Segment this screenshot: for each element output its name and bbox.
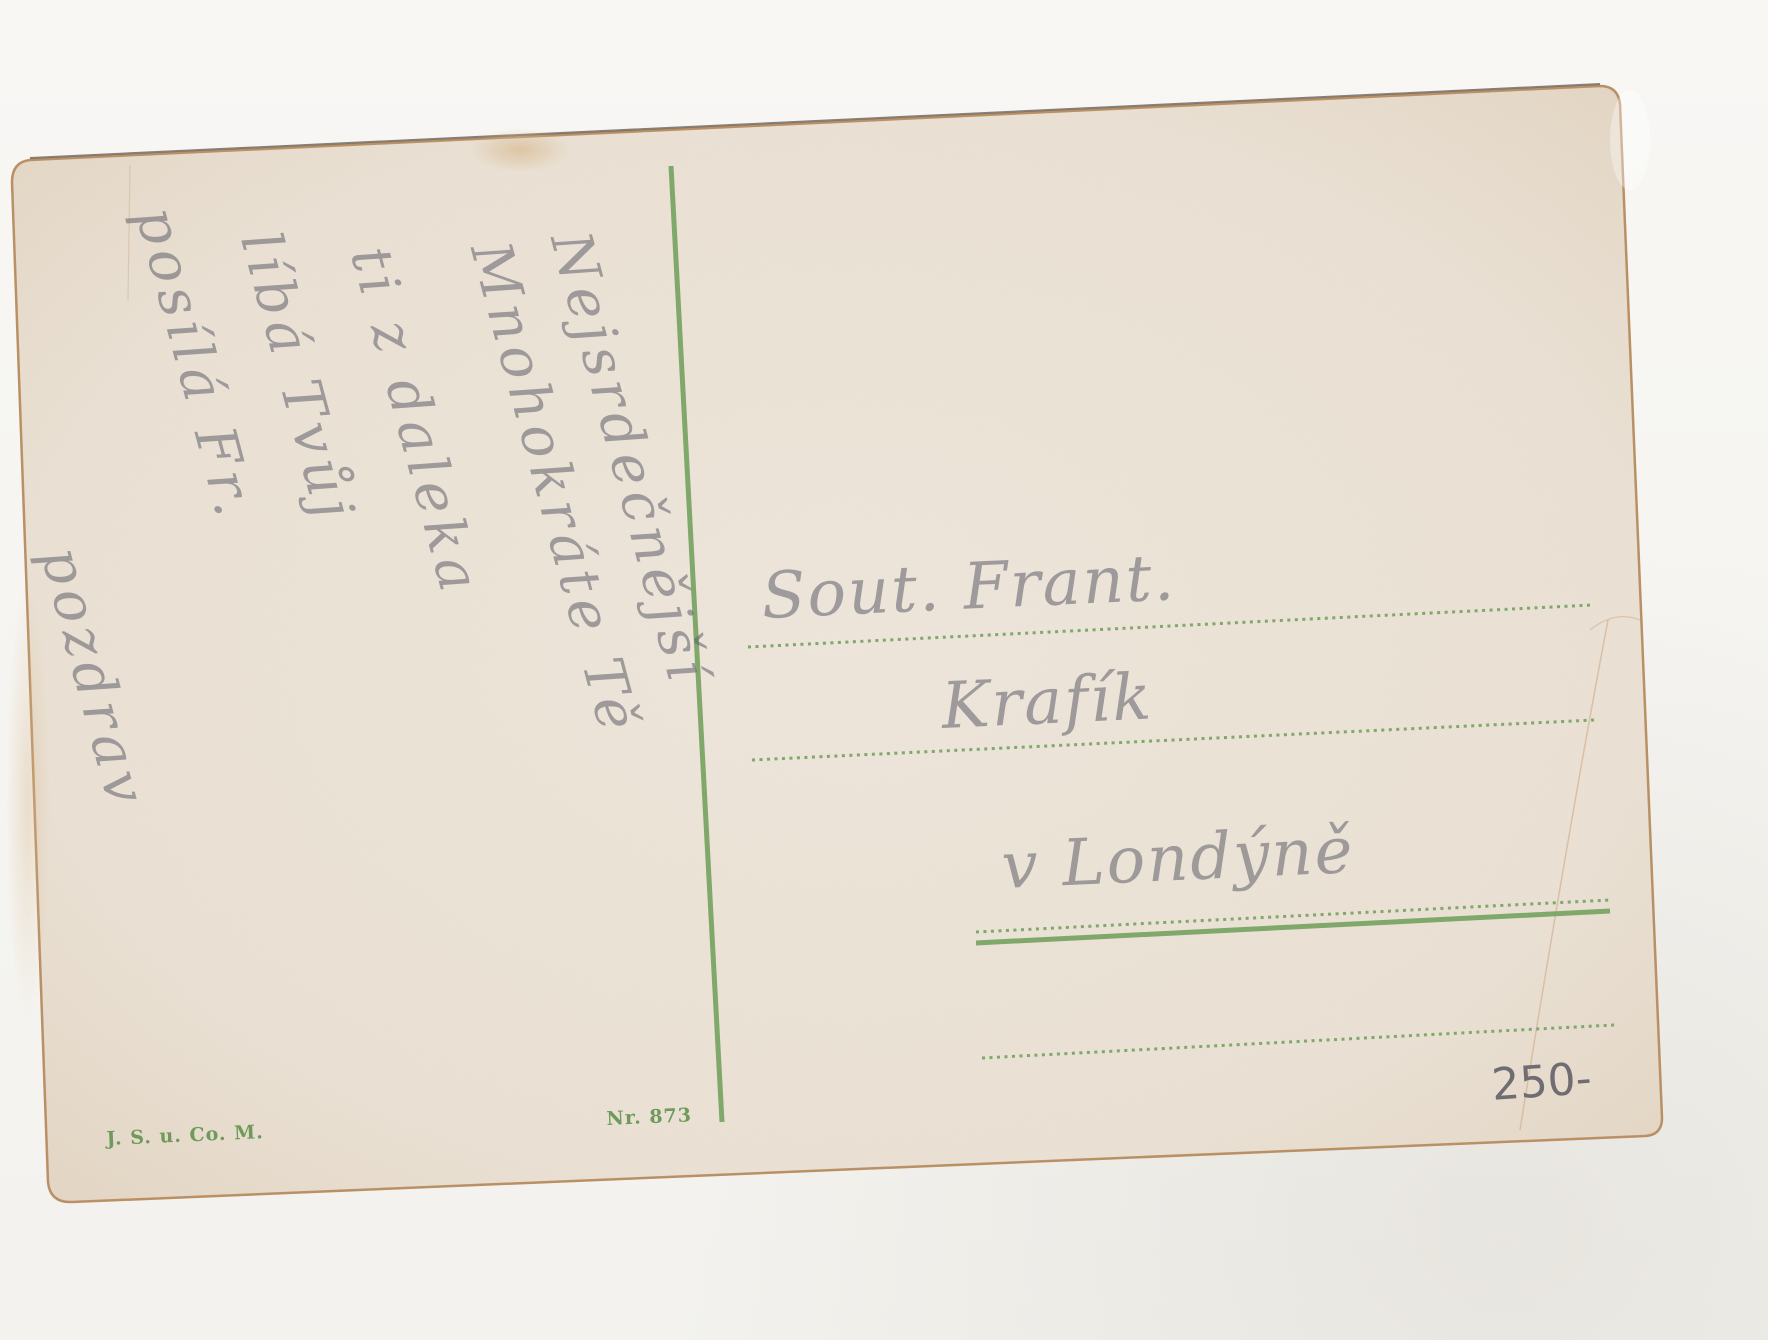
price-annotation: 250- (1490, 1053, 1593, 1111)
stain (470, 128, 570, 172)
postcard (0, 0, 1768, 1340)
card-number: Nr. 873 (606, 1104, 692, 1130)
address-line-surname: Krafík (940, 660, 1155, 744)
